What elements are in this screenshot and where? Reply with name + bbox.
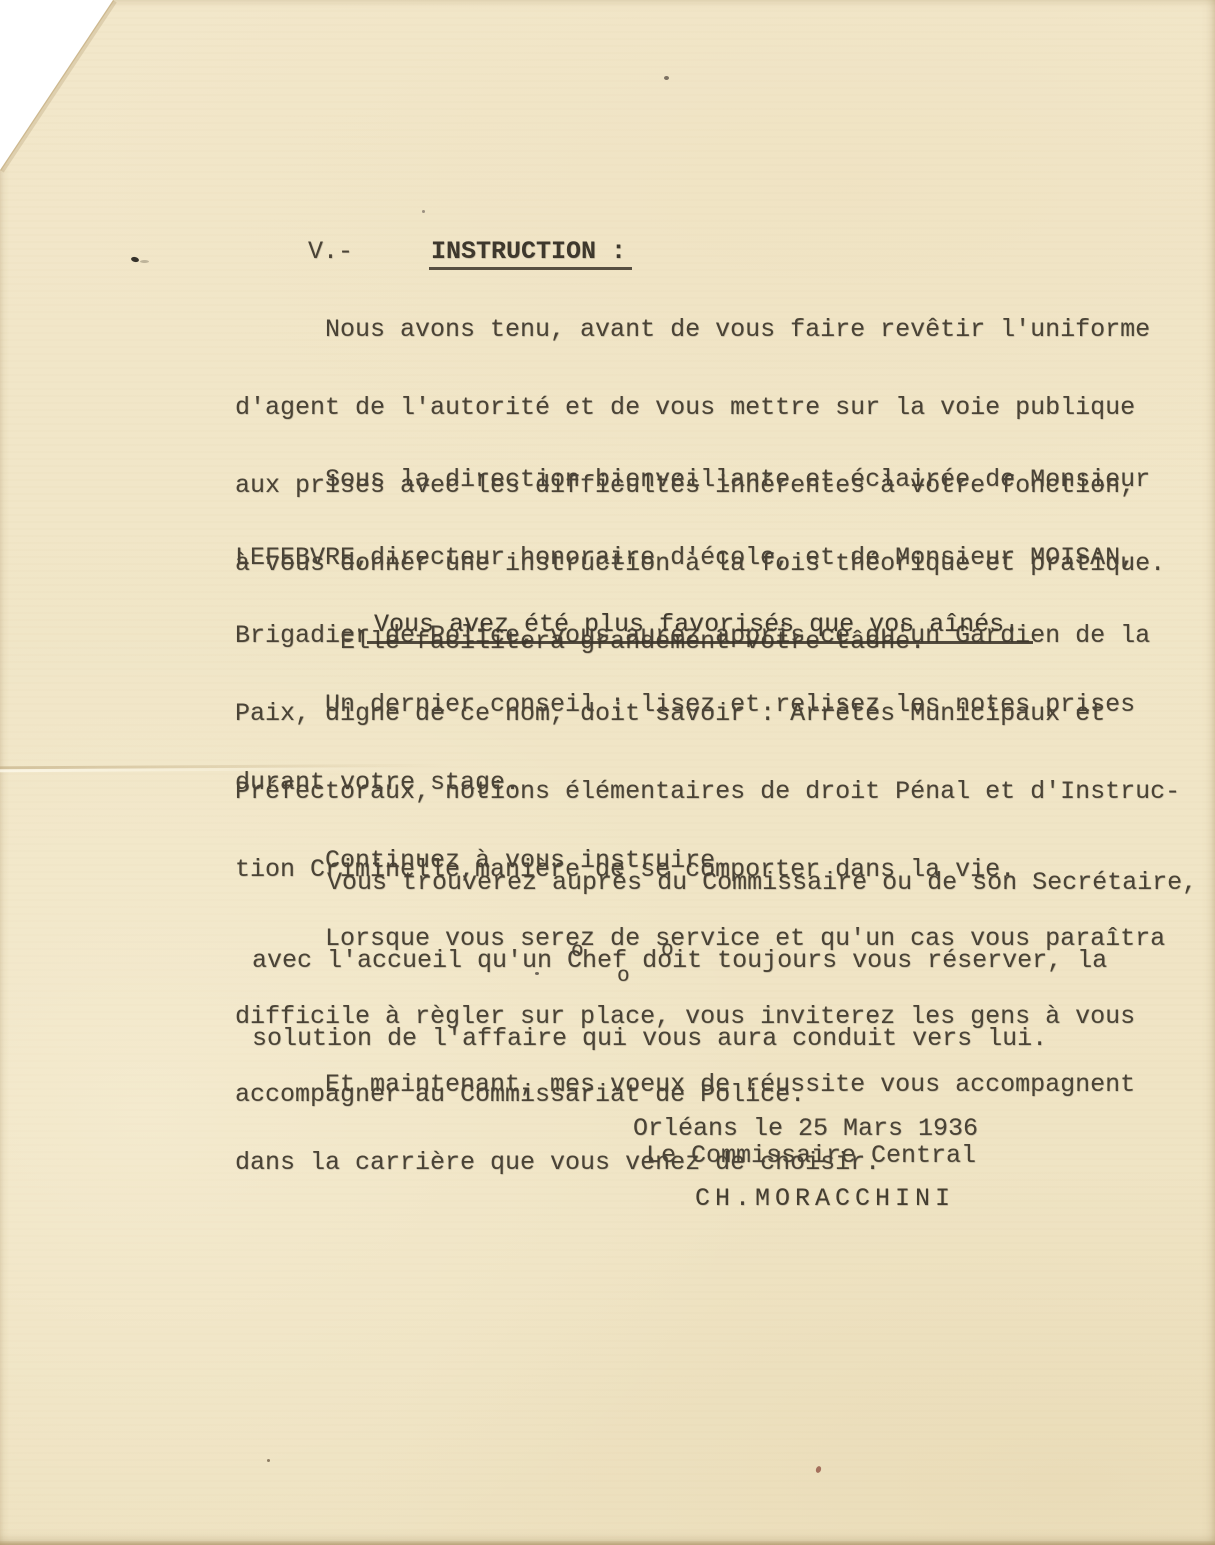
text-line: durant votre stage. [235,770,1165,796]
text-line: Sous la direction bienveillante et éclai… [235,467,1180,493]
signature-name: CH.MORACCHINI [695,1186,955,1212]
text-line: Et maintenant, mes voeux de réussite vou… [235,1072,1135,1098]
ink-speck [267,1459,270,1462]
scanned-letter-page: V.-INSTRUCTION : Nous avons tenu, avant … [0,0,1215,1545]
scan-bottom-edge [0,1541,1215,1545]
text-line: Nous avons tenu, avant de vous faire rev… [235,317,1165,343]
ink-speck [815,1465,822,1473]
separator-circle: o [661,940,674,961]
separator-circle: o [617,966,630,987]
section-label: V.- [308,237,353,266]
signer-title-line: Le Commissaire Central [646,1143,976,1169]
text-line: avec l'accueil qu'un Chef doit toujours … [252,948,1197,974]
text-line: Un dernier conseil : lisez et relisez le… [235,692,1165,718]
cut-corner [0,0,140,200]
text-line: LEFEBVRE,directeur honoraire d'école, et… [235,545,1180,571]
ink-speck [131,256,140,263]
ink-speck [664,76,669,80]
text-line: Vous trouverez auprès du Commissaire ou … [252,870,1197,896]
ink-speck [140,260,149,263]
separator-circle: o [571,941,584,962]
place-date-line: Orléans le 25 Mars 1936 [633,1116,978,1142]
